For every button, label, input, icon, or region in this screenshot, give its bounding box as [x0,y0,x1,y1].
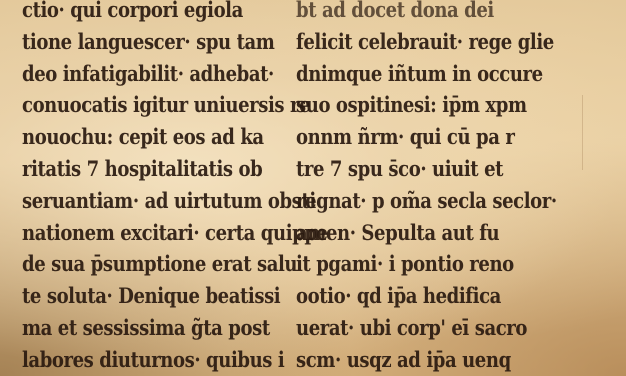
manuscript-line: onnm ñrm· qui cū pa r [296,121,557,153]
manuscript-line: ctio· qui corpori egiola [22,0,328,26]
manuscript-photo: ctio· qui corpori egiola tione languesce… [0,0,626,376]
manuscript-line: tione languescer· spu tam [22,26,328,58]
manuscript-line: ritatis 7 hospitalitatis ob [22,153,328,185]
manuscript-line: deo infatigabilit· adhebat· [22,58,328,90]
manuscript-line: it pgami· i pontio reno [296,248,557,280]
manuscript-line: scm· usqz ad ip̄a uenq [296,344,557,376]
left-text-column: ctio· qui corpori egiola tione languesce… [22,0,328,376]
manuscript-line: ma et sessissima g̃ta post [22,312,328,344]
manuscript-line: suo ospitinesi: ip̄m xpm [296,89,557,121]
manuscript-line: tre 7 spu s̄co· uiuit et [296,153,557,185]
manuscript-line: te soluta· Denique beatissi [22,280,328,312]
manuscript-line: seruantiam· ad uirtutum obsti [22,185,328,217]
manuscript-line: uerat· ubi corp' eī sacro [296,312,557,344]
manuscript-line: regnat· p om̃a secla seclor· [296,185,557,217]
manuscript-line: felicit celebrauit· rege glie [296,26,557,58]
manuscript-line: labores diuturnos· quibus i [22,344,328,376]
manuscript-line: amen· Sepulta aut fu [296,217,557,249]
manuscript-line: ootio· qd ip̄a hedifica [296,280,557,312]
manuscript-line: bt ad docet dona dei [296,0,557,26]
manuscript-line: nationem excitari· certa quippe [22,217,328,249]
right-text-column: bt ad docet dona dei felicit celebrauit·… [296,0,557,376]
manuscript-line: conuocatis igitur uniuersis re [22,89,328,121]
margin-ruling-line [582,95,583,170]
manuscript-line: dnimque iñtum in occure [296,58,557,90]
manuscript-line: nouochu: cepit eos ad ka [22,121,328,153]
manuscript-line: de sua p̄sumptione erat salu [22,248,328,280]
